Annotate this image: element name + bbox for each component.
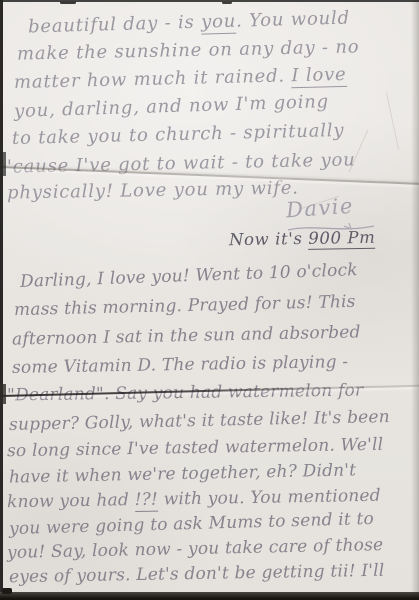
line-text: so long since I've tasted watermelon. We…: [7, 435, 384, 462]
line-text: physically! Love you my wife.: [7, 177, 299, 203]
handwriting-line: eyes of yours. Let's don't be getting ti…: [9, 561, 385, 588]
scan-edge-left: [0, 0, 3, 600]
line-text: . You would: [236, 8, 350, 32]
handwriting-line: you! Say, look now - you take care of th…: [7, 535, 384, 563]
handwriting-line: afternoon I sat in the sun and absorbed: [12, 322, 361, 349]
underlined-word: I love: [291, 64, 347, 88]
handwriting-line: some Vitamin D. The radio is playing -: [12, 352, 349, 378]
paper-wrinkle: [349, 130, 369, 172]
line-text: Darling, I love you! Went to 10 o'clock: [20, 260, 358, 292]
scan-edge-mark: [222, 1, 232, 4]
handwriting-line: beautiful day - is you. You would: [28, 8, 350, 38]
line-text: make the sunshine on any day - no: [17, 36, 360, 64]
line-text: matter how much it rained.: [14, 65, 292, 93]
line-text: eyes of yours. Let's don't be getting ti…: [9, 561, 385, 588]
scan-edge-mark: [0, 384, 6, 404]
line-text: know you had: [7, 490, 135, 512]
handwriting-line: physically! Love you my wife.: [7, 177, 299, 203]
line-text: with you. You mentioned: [158, 486, 381, 510]
line-text: beautiful day - is: [28, 12, 202, 38]
fold-crease: [0, 166, 419, 185]
underlined-word: !?!: [134, 490, 158, 512]
line-text: afternoon I sat in the sun and absorbed: [12, 322, 361, 349]
handwriting-line: you, darling, and now I'm going: [14, 91, 329, 122]
signature: Davie: [285, 194, 354, 223]
line-text: Now it's: [229, 229, 309, 249]
scan-edge-bottom: [0, 592, 419, 600]
line-text: you! Say, look now - you take care of th…: [7, 535, 384, 563]
paper-wrinkle: [386, 93, 399, 150]
handwriting-line: mass this morning. Prayed for us! This: [14, 292, 356, 320]
scan-edge-mark: [2, 588, 12, 594]
handwriting-line: know you had !?! with you. You mentioned: [7, 486, 381, 513]
line-text: some Vitamin D. The radio is playing -: [12, 352, 349, 378]
line-text: supper? Golly, what's it taste like! It'…: [9, 407, 390, 435]
line-text: have it when we're together, eh? Didn't: [9, 460, 357, 487]
scan-edge-mark: [60, 1, 76, 4]
handwriting-line: Darling, I love you! Went to 10 o'clock: [20, 260, 358, 292]
line-text: you, darling, and now I'm going: [14, 91, 329, 122]
handwriting-line: so long since I've tasted watermelon. We…: [7, 435, 384, 462]
underlined-word: you: [201, 11, 237, 35]
handwriting-line: you were going to ask Mums to send it to: [9, 509, 374, 539]
letter-page: beautiful day - is you. You would make t…: [0, 0, 419, 600]
line-text: to take you to church - spiritually: [12, 120, 345, 149]
time-annotation: Now it's 900 Pm: [229, 228, 376, 250]
signature-text: Davie: [285, 194, 354, 223]
handwriting-line: have it when we're together, eh? Didn't: [9, 460, 357, 487]
line-text: you were going to ask Mums to send it to: [9, 509, 374, 539]
handwriting-line: matter how much it rained. I love: [14, 64, 347, 93]
fold-crease-dark: [0, 385, 419, 398]
scan-edge-mark: [0, 152, 6, 176]
underlined-word: 900 Pm: [308, 228, 375, 250]
line-text: mass this morning. Prayed for us! This: [14, 292, 356, 320]
handwriting-line: supper? Golly, what's it taste like! It'…: [9, 407, 390, 435]
handwriting-line: make the sunshine on any day - no: [17, 36, 360, 64]
scan-shadow-right: [411, 0, 419, 600]
handwriting-line: to take you to church - spiritually: [12, 120, 345, 149]
